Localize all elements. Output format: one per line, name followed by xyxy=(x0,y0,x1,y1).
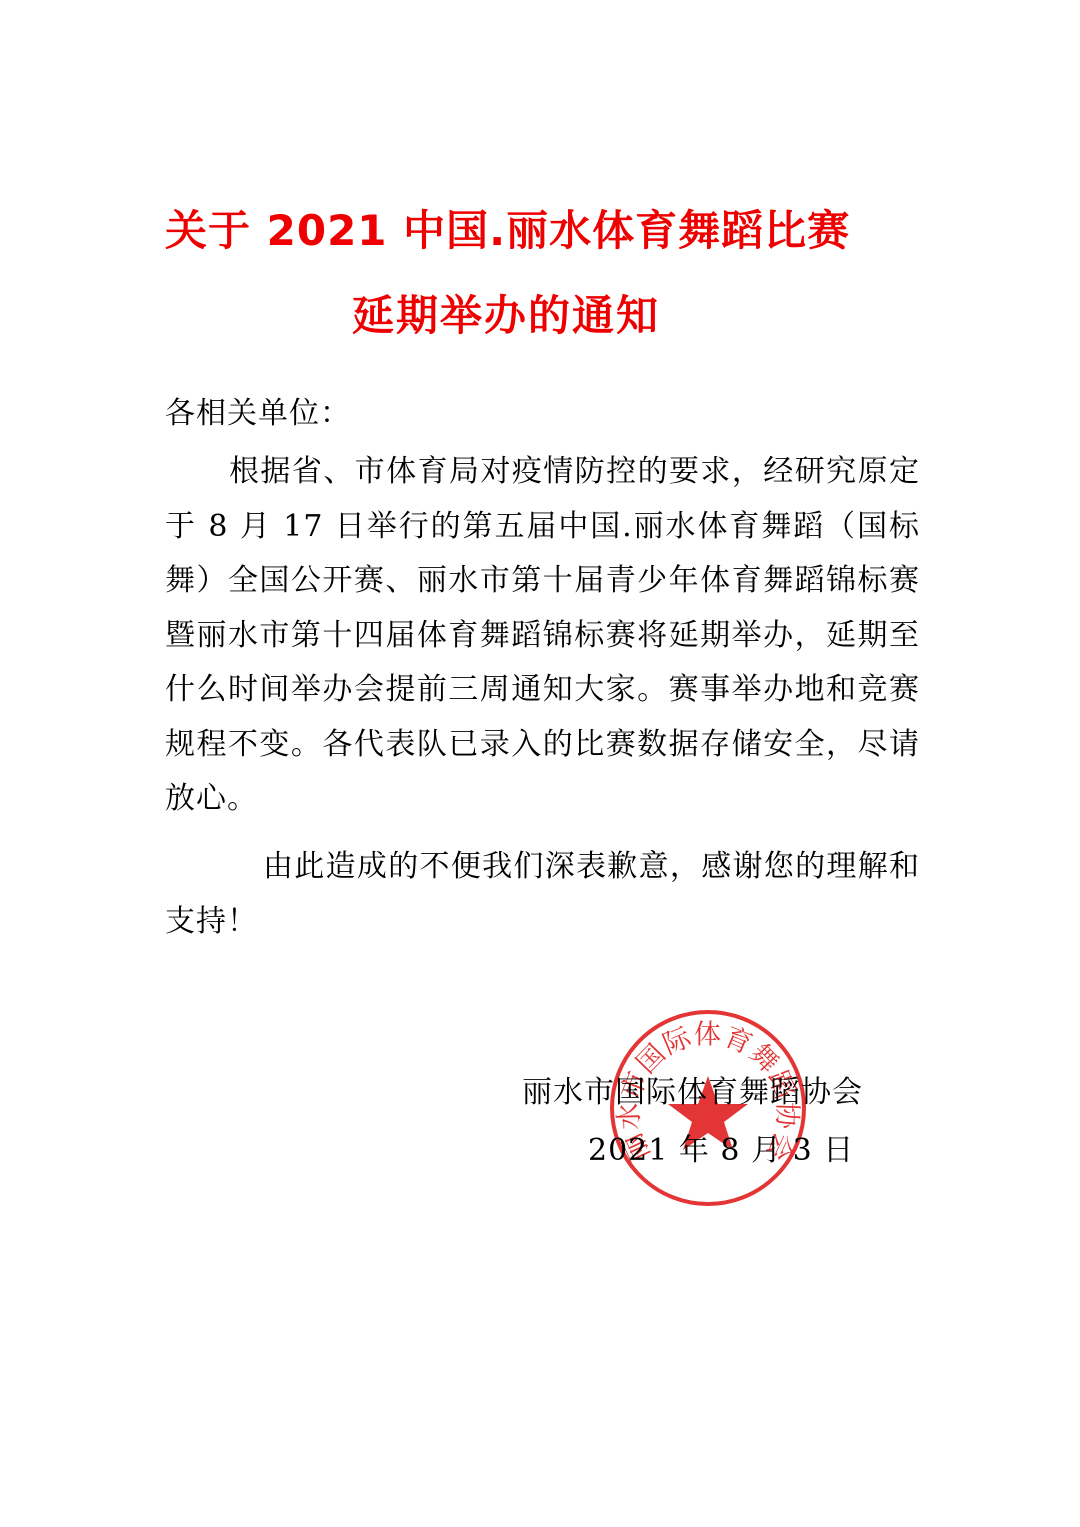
body-paragraph-2: 由此造成的不便我们深表歉意，感谢您的理解和支持！ xyxy=(165,840,920,949)
salutation: 各相关单位： xyxy=(165,387,920,442)
notice-title-line-2: 延期举办的通知 xyxy=(352,291,660,341)
body-paragraph-1: 根据省、市体育局对疫情防控的要求，经研究原定于 8 月 17 日举行的第五届中国… xyxy=(165,445,920,827)
signature-date: 2021 年 8 月 3 日 xyxy=(588,1125,854,1177)
notice-title-line-1: 关于 2021 中国.丽水体育舞蹈比赛 xyxy=(165,206,850,256)
signature-organization: 丽水市国际体育舞蹈协会 xyxy=(522,1067,863,1119)
